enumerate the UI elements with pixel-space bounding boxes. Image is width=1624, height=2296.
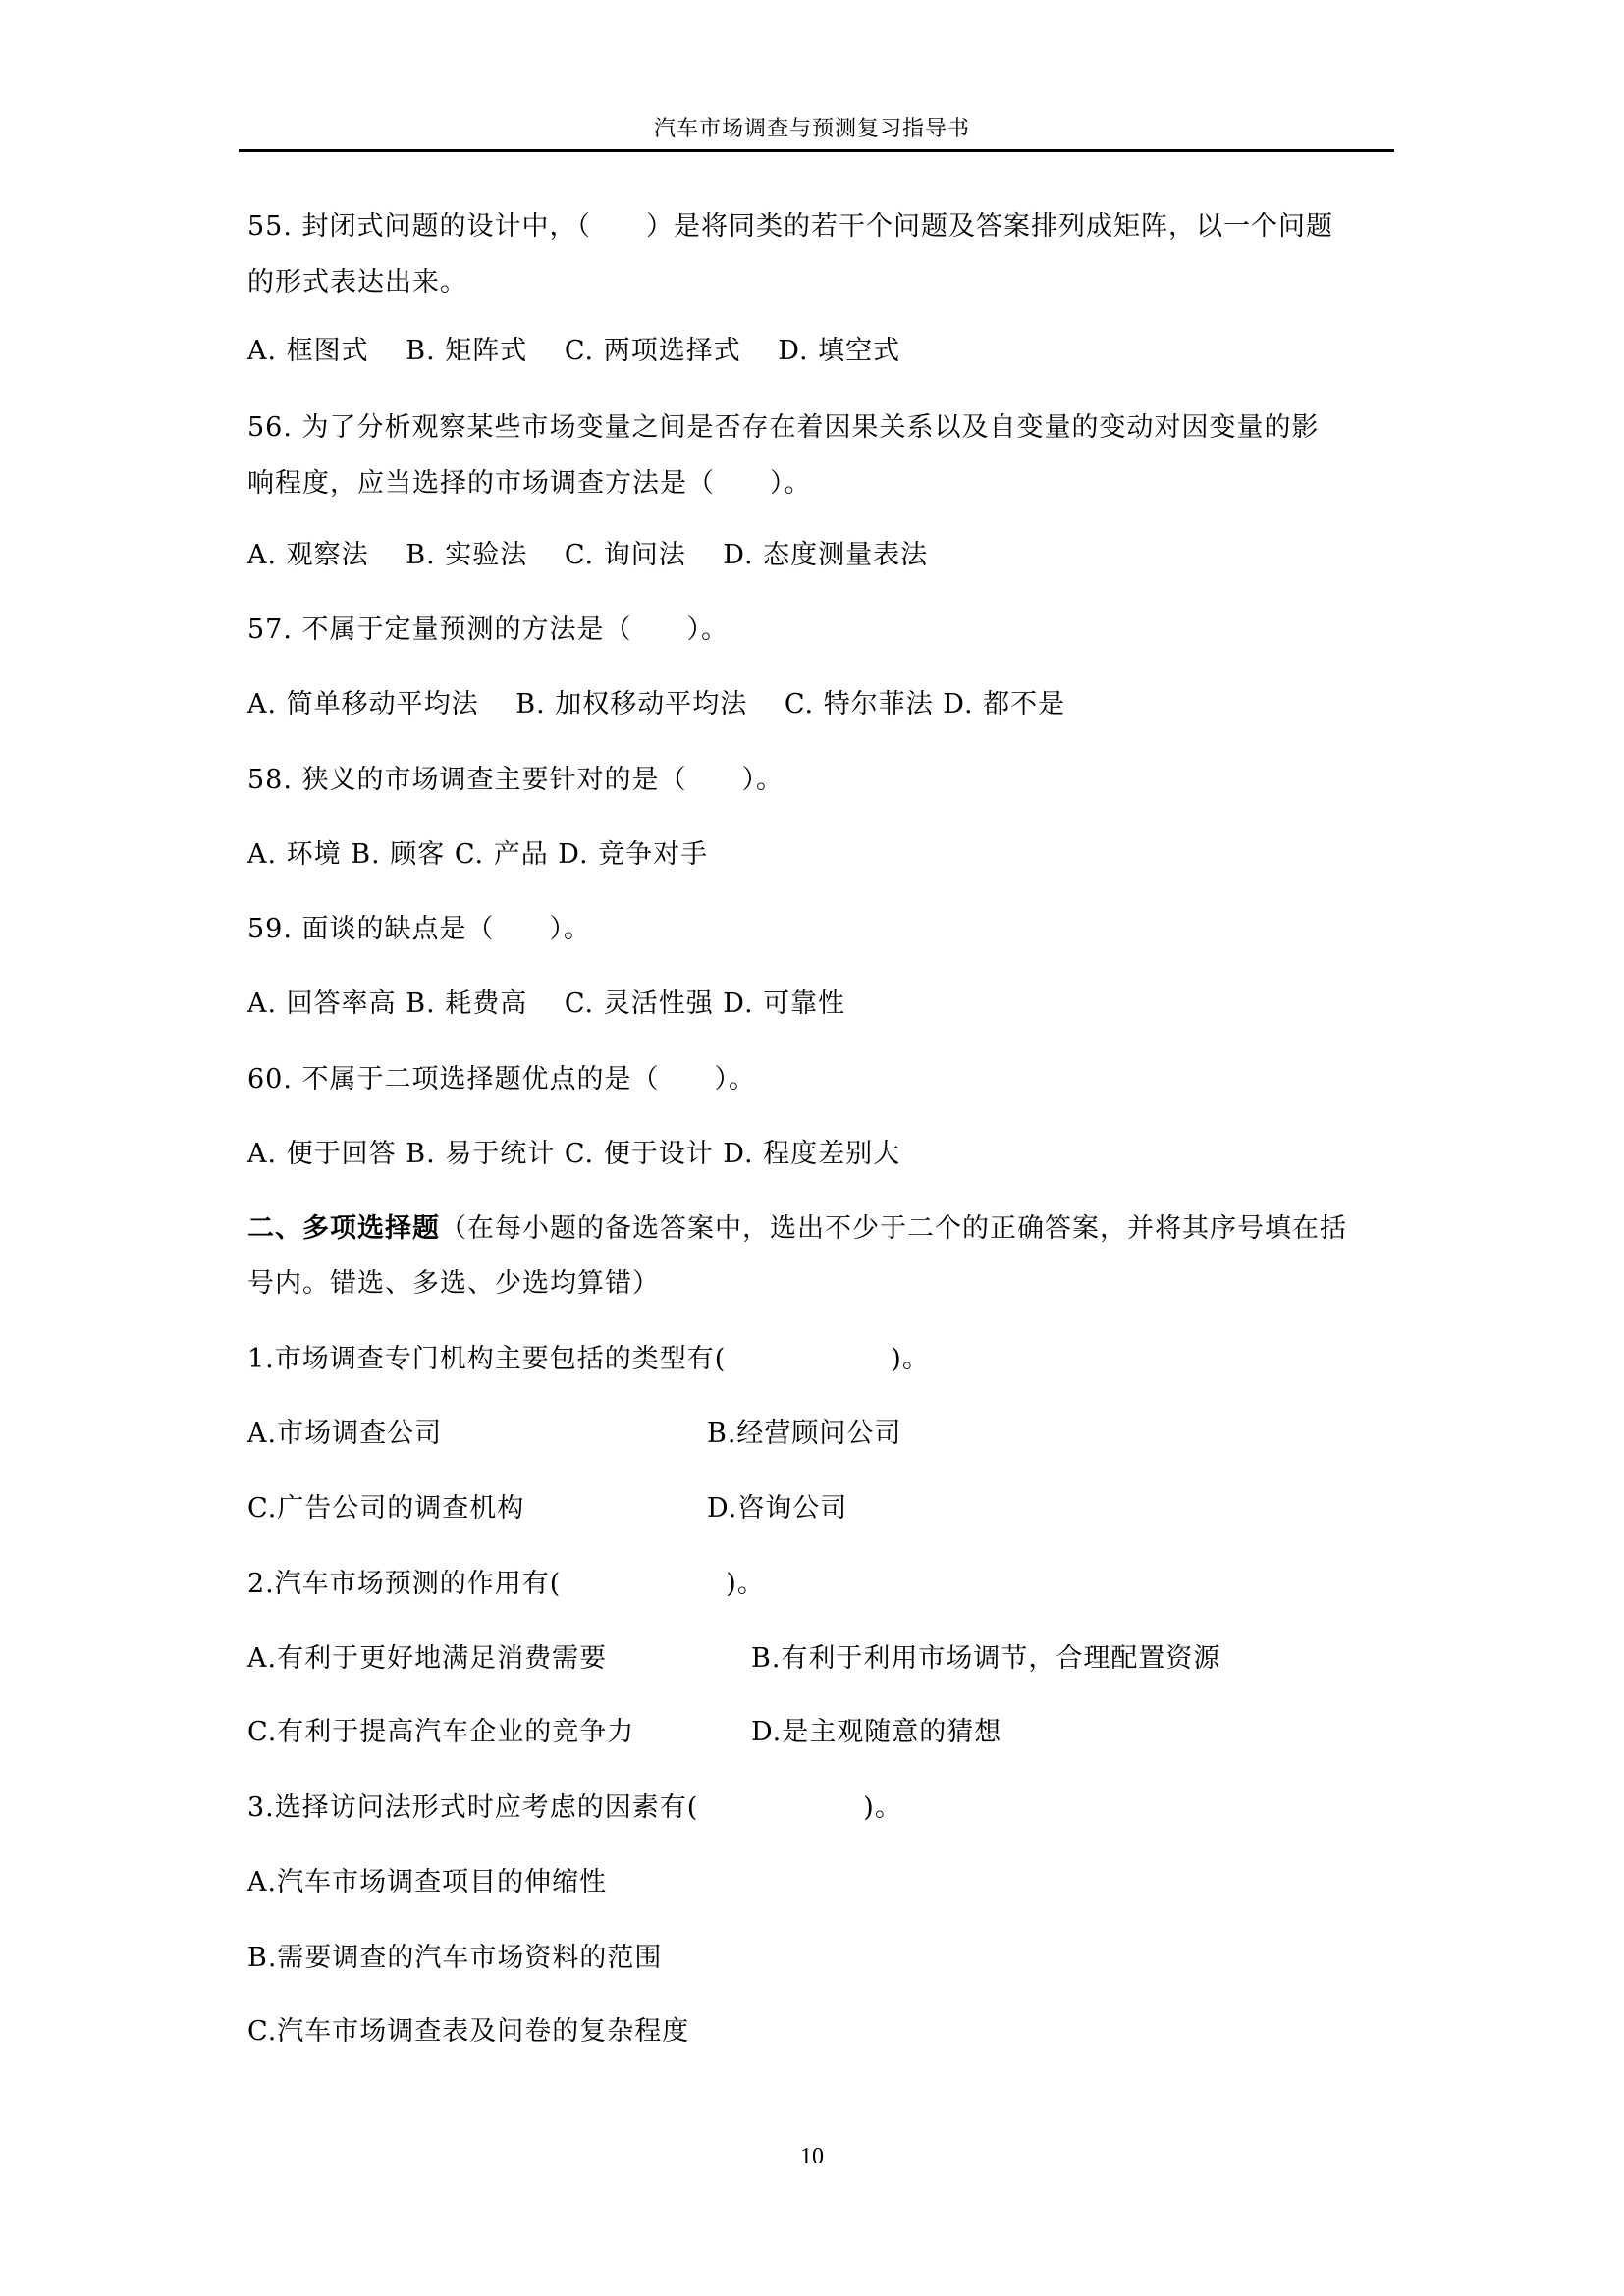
section-heading-line1: 二、多项选择题（在每小题的备选答案中，选出不少于二个的正确答案，并将其序号填在括 xyxy=(247,1211,1347,1247)
page-number: 10 xyxy=(0,2142,1624,2171)
question-57-stem: 57. 不属于定量预测的方法是（ ）。 xyxy=(247,613,729,648)
question-60-options: A. 便于回答 B. 易于统计 C. 便于设计 D. 程度差别大 xyxy=(247,1137,900,1172)
header-divider xyxy=(239,149,1394,152)
section-instruction-line1: （在每小题的备选答案中，选出不少于二个的正确答案，并将其序号填在括 xyxy=(440,1213,1347,1244)
mc-question-2-option-b: B.有利于利用市场调节，合理配置资源 xyxy=(751,1641,1220,1677)
question-56-options: A. 观察法 B. 实验法 C. 询问法 D. 态度测量表法 xyxy=(247,538,928,573)
mc-question-2-option-a: A.有利于更好地满足消费需要 xyxy=(247,1641,607,1677)
mc-question-1-option-a: A.市场调查公司 xyxy=(247,1416,442,1452)
mc-question-1-option-d: D.咨询公司 xyxy=(707,1491,847,1526)
question-55-options: A. 框图式 B. 矩阵式 C. 两项选择式 D. 填空式 xyxy=(247,334,900,369)
mc-question-3-option-a: A.汽车市场调查项目的伸缩性 xyxy=(247,1865,607,1900)
mc-question-2-option-d: D.是主观随意的猜想 xyxy=(751,1715,1001,1750)
question-57-options: A. 简单移动平均法 B. 加权移动平均法 C. 特尔菲法 D. 都不是 xyxy=(247,687,1065,722)
question-56-stem-line2: 响程度，应当选择的市场调查方法是（ ）。 xyxy=(247,466,812,502)
mc-question-2-option-c: C.有利于提高汽车企业的竞争力 xyxy=(247,1715,634,1750)
question-55-stem-line1: 55. 封闭式问题的设计中，（ ）是将同类的若干个问题及答案排列成矩阵，以一个问… xyxy=(247,209,1333,244)
question-58-options: A. 环境 B. 顾客 C. 产品 D. 竞争对手 xyxy=(247,837,708,873)
question-56-stem-line1: 56. 为了分析观察某些市场变量之间是否存在着因果关系以及自变量的变动对因变量的… xyxy=(247,410,1320,446)
section-title: 二、多项选择题 xyxy=(247,1213,440,1244)
question-58-stem: 58. 狭义的市场调查主要针对的是（ ）。 xyxy=(247,763,784,798)
mc-question-3-stem: 3.选择访问法形式时应考虑的因素有( )。 xyxy=(247,1790,902,1826)
document-title: 汽车市场调查与预测复习指导书 xyxy=(0,116,1624,143)
section-instruction-line2: 号内。错选、多选、少选均算错） xyxy=(247,1266,660,1302)
mc-question-1-stem: 1.市场调查专门机构主要包括的类型有( )。 xyxy=(247,1342,930,1377)
mc-question-2-stem: 2.汽车市场预测的作用有( )。 xyxy=(247,1567,765,1602)
mc-question-3-option-b: B.需要调查的汽车市场资料的范围 xyxy=(247,1941,662,1976)
mc-question-1-option-b: B.经营顾问公司 xyxy=(707,1416,901,1452)
question-59-stem: 59. 面谈的缺点是（ ）。 xyxy=(247,912,591,947)
mc-question-1-option-c: C.广告公司的调查机构 xyxy=(247,1491,524,1526)
question-60-stem: 60. 不属于二项选择题优点的是（ ）。 xyxy=(247,1062,756,1097)
mc-question-3-option-c: C.汽车市场调查表及问卷的复杂程度 xyxy=(247,2014,689,2050)
question-59-options: A. 回答率高 B. 耗费高 C. 灵活性强 D. 可靠性 xyxy=(247,987,845,1022)
question-55-stem-line2: 的形式表达出来。 xyxy=(247,265,467,300)
